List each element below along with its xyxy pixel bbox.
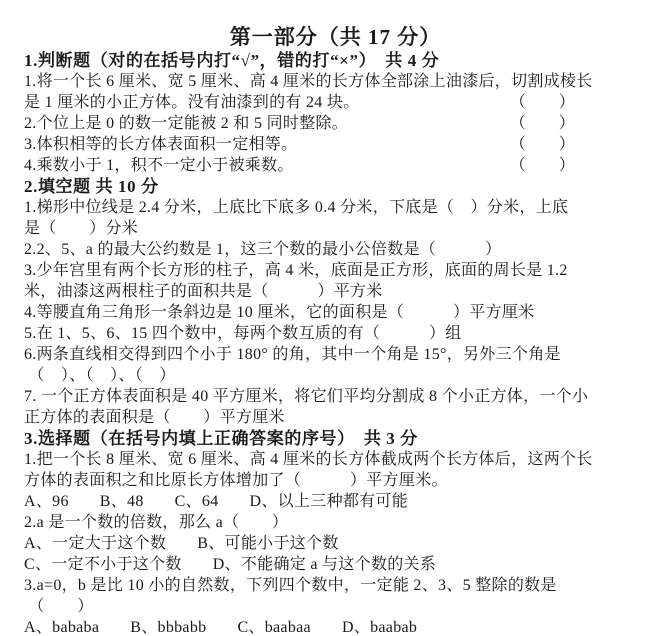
options-row: A、一定大于这个数B、可能小于这个数	[24, 533, 647, 554]
option-item: A、一定大于这个数	[24, 533, 166, 554]
exam-page: 第一部分（共 17 分） 1.判断题（对的在括号内打“√”，错的打“×”） 共 …	[0, 0, 659, 636]
option-item: D、baabab	[342, 617, 417, 636]
document-line: 2.a 是一个数的倍数，那么 a（ ）	[24, 512, 647, 533]
document-line: （ ）	[24, 596, 647, 617]
document-line: 是（ ）分米	[24, 218, 647, 239]
option-item: A、bababa	[24, 617, 99, 636]
option-item: D、以上三种都有可能	[250, 491, 409, 512]
option-item: C、一定不小于这个数	[24, 554, 182, 575]
document-body: 1.判断题（对的在括号内打“√”，错的打“×”） 共 4 分1.将一个长 6 厘…	[24, 50, 647, 636]
document-line: （ ）、（ ）、（ ）	[24, 365, 647, 386]
options-row: A、96B、48C、64D、以上三种都有可能	[24, 491, 647, 512]
document-line: 3.少年宫里有两个长方形的柱子，高 4 米，底面是正方形，底面的周长是 1.2	[24, 260, 647, 281]
answer-brackets: （ ）	[510, 134, 575, 155]
document-line: 1.梯形中位线是 2.4 分米，上底比下底多 0.4 分米，下底是（ ）分米，上…	[24, 197, 647, 218]
option-item: C、baabaa	[237, 617, 310, 636]
option-item: A、96	[24, 491, 69, 512]
options-row: C、一定不小于这个数D、不能确定 a 与这个数的关系	[24, 554, 647, 575]
document-line: 4.乘数小于 1，积不一定小于被乘数。（ ）	[24, 155, 647, 176]
section-heading: 3.选择题（在括号内填上正确答案的序号） 共 3 分	[24, 428, 647, 449]
page-title: 第一部分（共 17 分）	[24, 24, 647, 50]
document-line: 1.将一个长 6 厘米、宽 5 厘米、高 4 厘米的长方体全部涂上油漆后，切割成…	[24, 71, 647, 92]
document-line: 方体的表面积之和比原长方体增加了（ ）平方厘米。	[24, 470, 647, 491]
option-item: B、bbbabb	[130, 617, 206, 636]
document-line: 米，油漆这两根柱子的面积共是（ ）平方米	[24, 281, 647, 302]
section-heading: 2.填空题 共 10 分	[24, 176, 647, 197]
option-item: D、不能确定 a 与这个数的关系	[213, 554, 436, 575]
option-item: B、48	[100, 491, 144, 512]
document-line: 7. 一个正方体表面积是 40 平方厘米，将它们平均分割成 8 个小正方体，一个…	[24, 386, 647, 407]
section-heading: 1.判断题（对的在括号内打“√”，错的打“×”） 共 4 分	[24, 50, 647, 71]
document-line: 1.把一个长 8 厘米、宽 6 厘米、高 4 厘米的长方体截成两个长方体后，这两…	[24, 449, 647, 470]
line-text: 2.个位上是 0 的数一定能被 2 和 5 同时整除。	[24, 113, 348, 134]
options-row: A、bababaB、bbbabbC、baabaaD、baabab	[24, 617, 647, 636]
document-line: 6.两条直线相交得到四个小于 180° 的角，其中一个角是 15°，另外三个角是	[24, 344, 647, 365]
answer-brackets: （ ）	[510, 92, 575, 113]
document-line: 2.个位上是 0 的数一定能被 2 和 5 同时整除。（ ）	[24, 113, 647, 134]
line-text: 3.体积相等的长方体表面积一定相等。	[24, 134, 297, 155]
line-text: 4.乘数小于 1，积不一定小于被乘数。	[24, 155, 294, 176]
answer-brackets: （ ）	[510, 155, 575, 176]
document-line: 正方体的表面积是（ ）平方厘米	[24, 407, 647, 428]
document-line: 4.等腰直角三角形一条斜边是 10 厘米，它的面积是（ ）平方厘米	[24, 302, 647, 323]
document-line: 3.体积相等的长方体表面积一定相等。（ ）	[24, 134, 647, 155]
document-line: 5.在 1、5、6、15 四个数中，每两个数互质的有（ ）组	[24, 323, 647, 344]
document-line: 2.2、5、a 的最大公约数是 1，这三个数的最小公倍数是（ ）	[24, 239, 647, 260]
option-item: B、可能小于这个数	[197, 533, 338, 554]
option-item: C、64	[175, 491, 219, 512]
document-line: 是 1 厘米的小正方体。没有油漆到的有 24 块。（ ）	[24, 92, 647, 113]
line-text: 是 1 厘米的小正方体。没有油漆到的有 24 块。	[24, 92, 360, 113]
answer-brackets: （ ）	[510, 113, 575, 134]
document-line: 3.a=0，b 是比 10 小的自然数，下列四个数中，一定能 2、3、5 整除的…	[24, 575, 647, 596]
